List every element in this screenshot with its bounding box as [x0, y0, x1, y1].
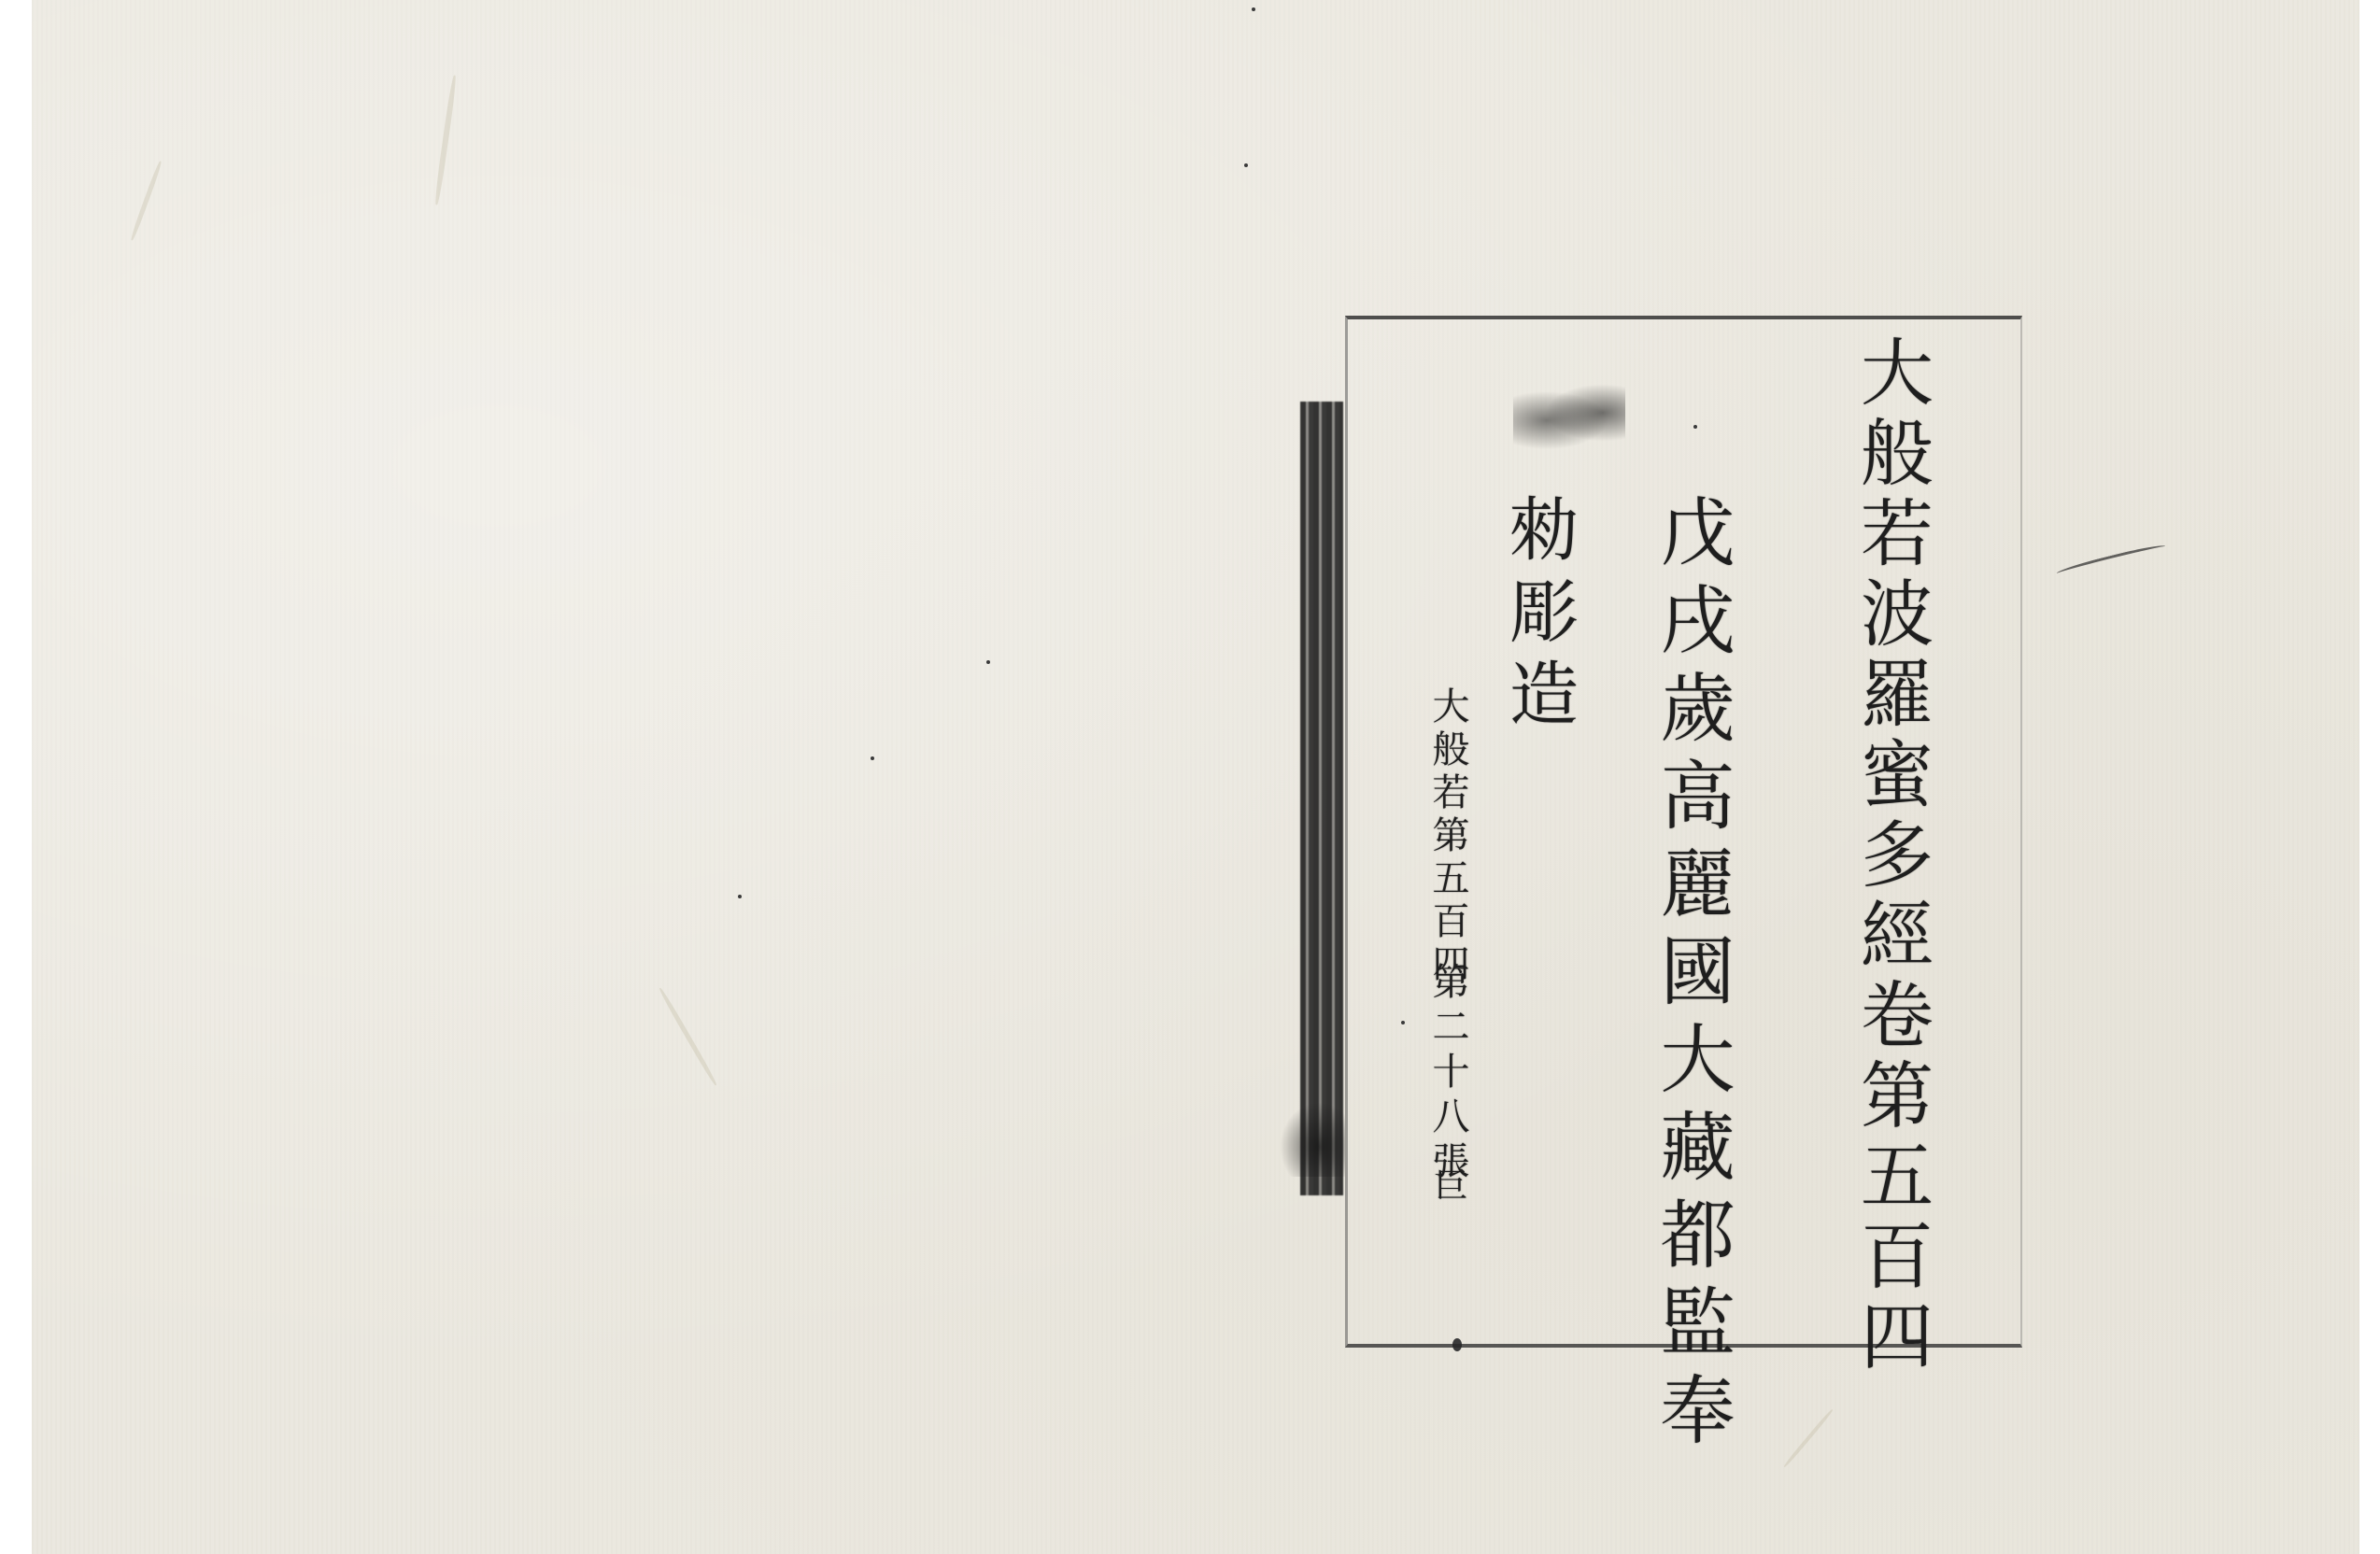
ink-blot [1513, 383, 1625, 458]
ink-speck [738, 895, 742, 898]
paper-fiber [130, 161, 163, 241]
ink-speck [1252, 7, 1255, 11]
paper-fiber [433, 75, 457, 205]
sutra-title-column: 大般若波羅蜜多經卷第五百四 [1854, 334, 1927, 1378]
margin-short-title: 大般若第五百四 [1429, 686, 1466, 987]
colophon-date-column: 戊戌歲高麗國大藏都監奉 [1653, 493, 1728, 1459]
paper-fiber [1783, 1408, 1834, 1468]
margin-sheet-number: 第二十八張 [1429, 962, 1466, 1186]
paper-fiber [658, 987, 717, 1086]
ink-speck [986, 660, 990, 664]
margin-case-mark: 巨 [1431, 1167, 1465, 1201]
left-border-ink-bar [1300, 402, 1343, 1195]
ink-speck [871, 756, 874, 760]
colophon-edict-column: 勑彫造 [1504, 493, 1573, 740]
ink-smudge [1280, 1102, 1345, 1177]
ink-speck [1244, 163, 1248, 167]
